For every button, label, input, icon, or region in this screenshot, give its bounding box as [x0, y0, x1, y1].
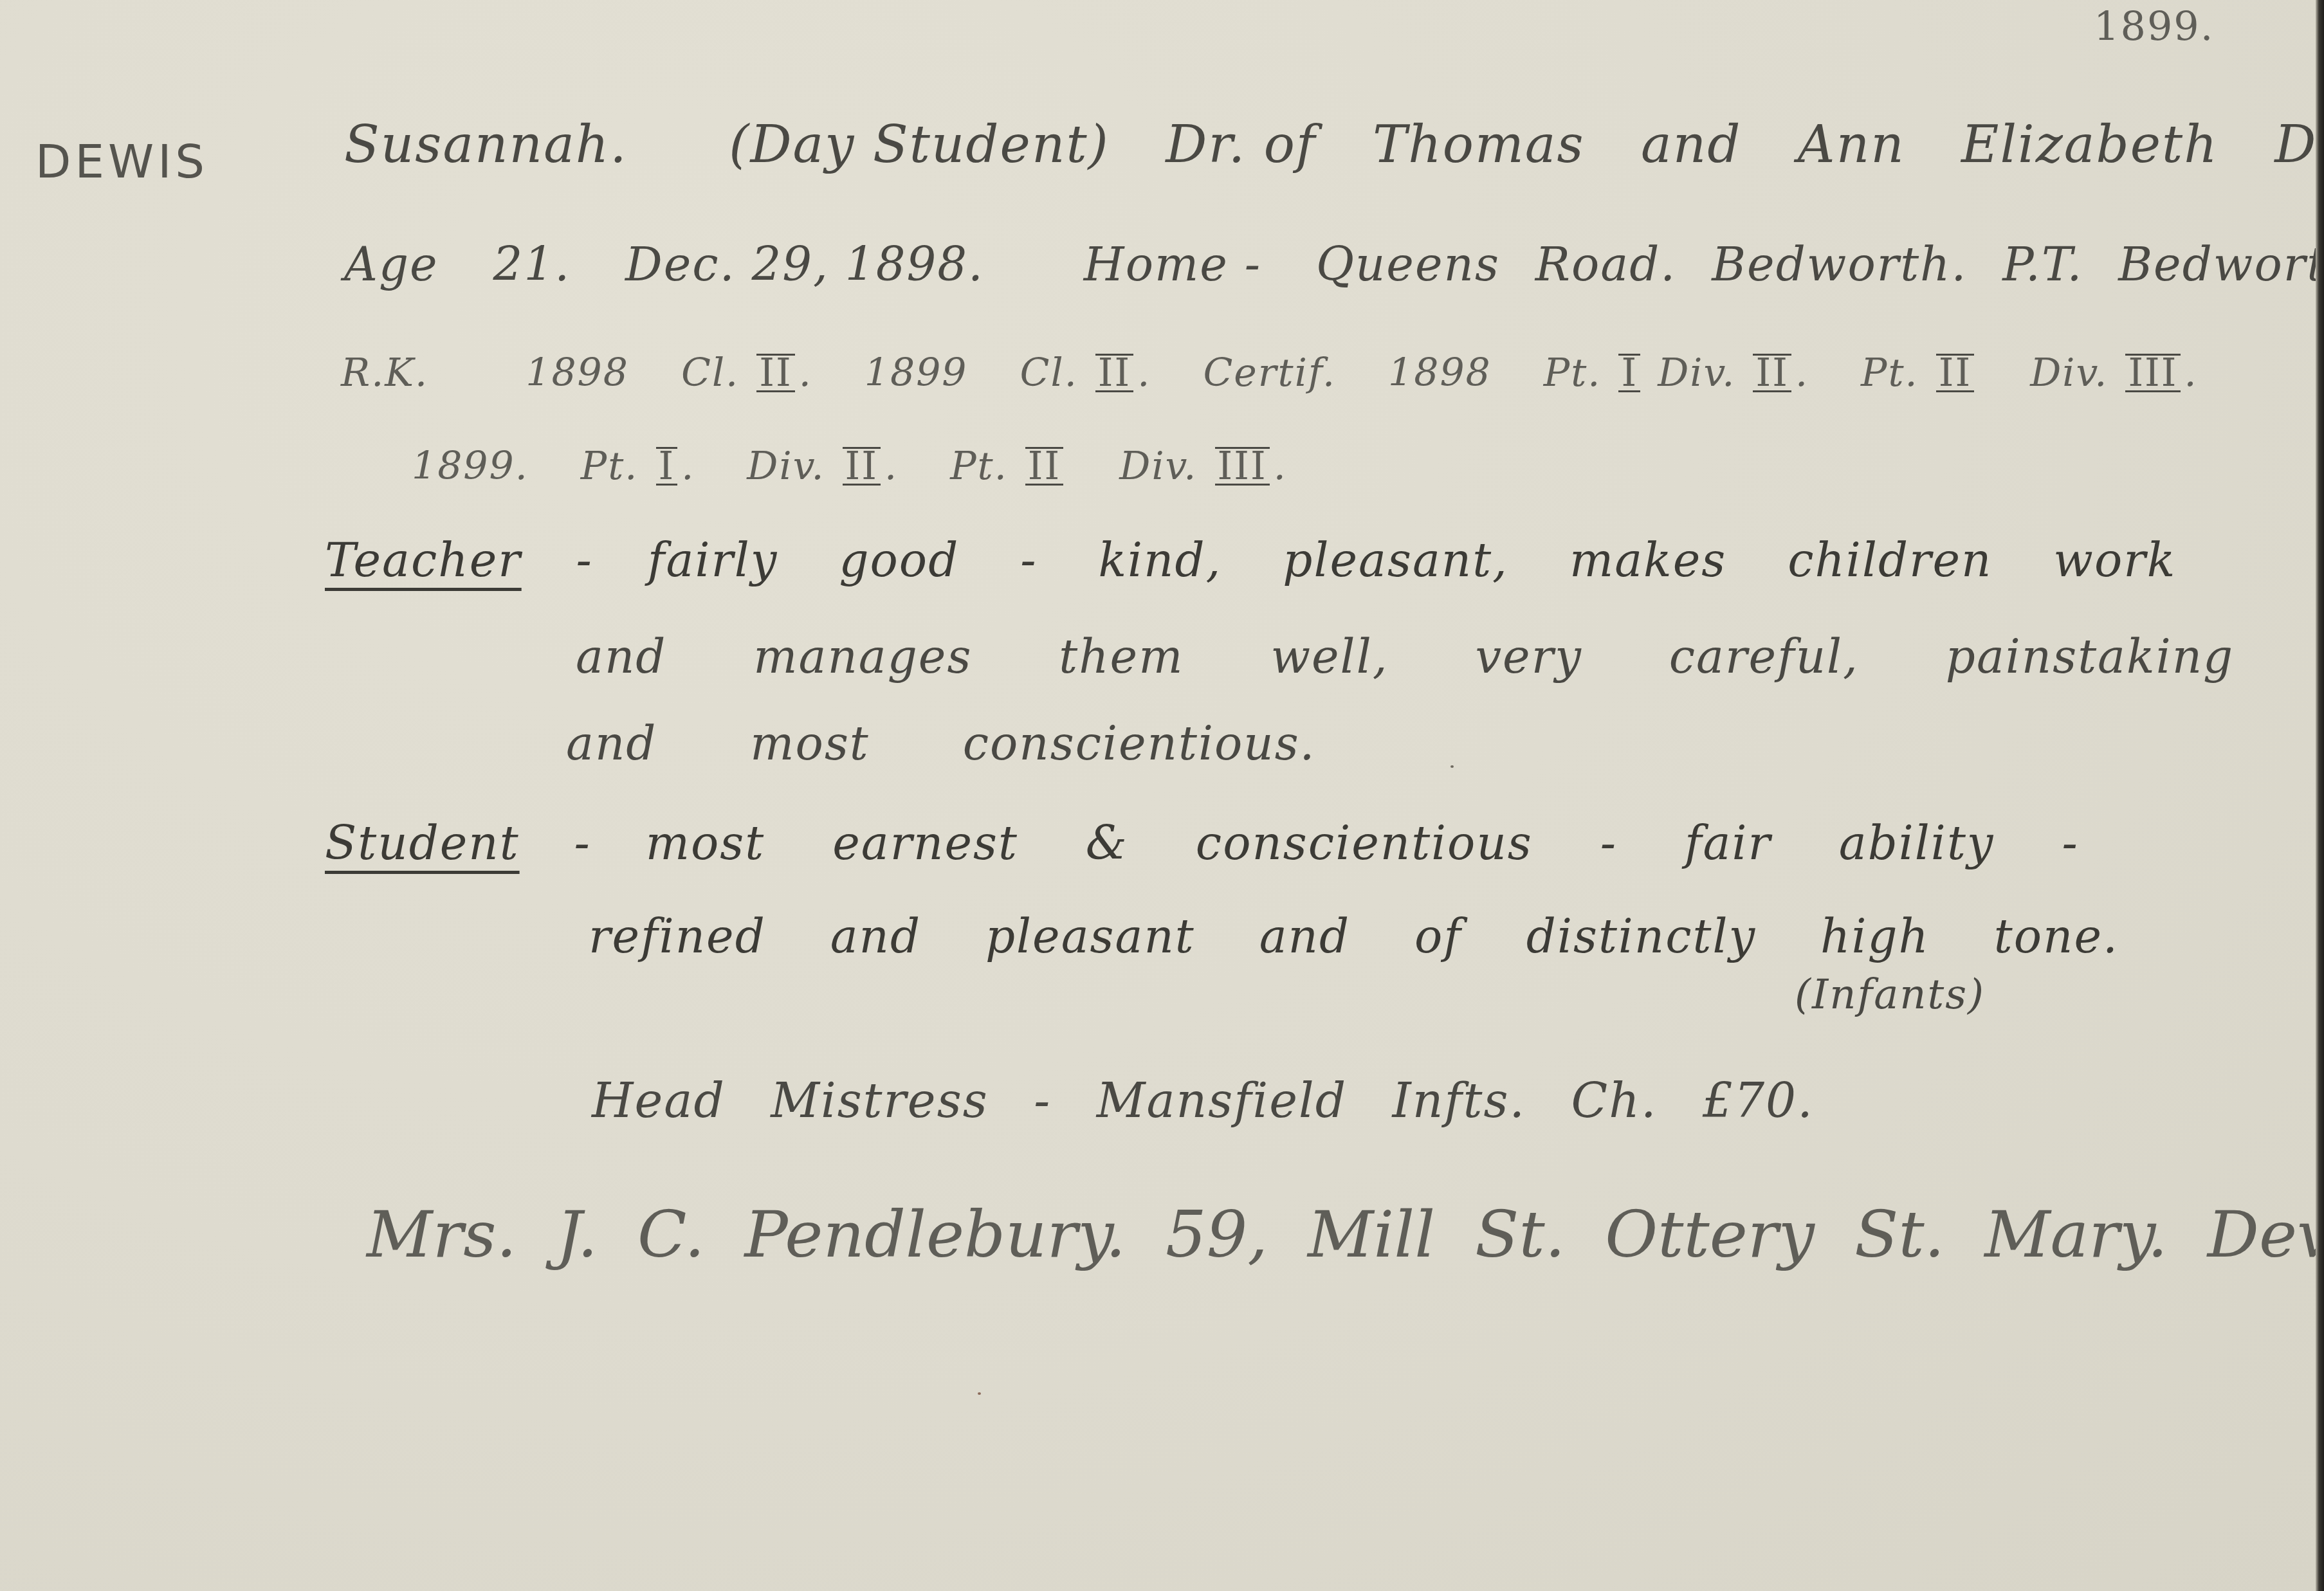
- certif-year: 1898: [1388, 350, 1492, 395]
- teacher-assessment: Teacher - fairly good - kind, pleasant, …: [325, 537, 2176, 583]
- teacher-label: Teacher: [325, 533, 522, 587]
- certif-1899-year: 1899.: [412, 444, 529, 489]
- rk-1898-class-num: II: [756, 354, 794, 392]
- certif-pt1-num: I: [1618, 354, 1640, 392]
- age-value: 21.: [493, 237, 571, 291]
- rk-1899-year: 1899: [865, 350, 968, 395]
- age-label: Age: [344, 237, 439, 291]
- rk-1898-year: 1898: [526, 350, 629, 395]
- certif-1899-pt1-label: Pt.: [581, 444, 639, 489]
- entry-line-age-home: Age 21. Dec. 29, 1898. Home - Queens Roa…: [344, 241, 2324, 287]
- certif-1899-pt1-div-label: Div.: [747, 444, 825, 489]
- student-assessment: Student - most earnest & conscientious -…: [325, 820, 2079, 866]
- parents-names: Thomas and Ann Elizabeth Dewis: [1373, 114, 2324, 174]
- student-remark-line2: refined and pleasant and of distinctly h…: [589, 913, 2119, 959]
- certif-1899-pt2-div-num: III: [1215, 447, 1270, 486]
- appointment: Head Mistress - Mansfield Infts. Ch. £70…: [592, 1077, 1814, 1125]
- certif-1899-pt2-div-label: Div.: [1119, 444, 1197, 489]
- certif-1899-pt2-num: II: [1025, 447, 1063, 486]
- entry-line-name: Susannah. (Day Student) Dr. of Thomas an…: [344, 119, 2324, 170]
- student-label: Student: [325, 816, 520, 870]
- certif-1899-pt2-label: Pt.: [950, 444, 1008, 489]
- certif-1899-pt1-num: I: [656, 447, 678, 486]
- student-remark-line1: most earnest & conscientious - fair abil…: [646, 816, 2079, 870]
- paper-speck: [1450, 765, 1454, 768]
- home-address: Queens Road. Bedworth. P.T. Bedworth: [1316, 237, 2324, 291]
- teacher-remark-line2: and manages them well, very careful, pai…: [576, 633, 2234, 680]
- student-dash: -: [574, 816, 591, 870]
- teacher-remark-line3: and most conscientious.: [566, 720, 1316, 767]
- certif-pt1-div-label: Div.: [1658, 350, 1735, 395]
- rk-1898-class-label: Cl.: [681, 350, 739, 395]
- surname: Dewis: [35, 138, 208, 185]
- rk-label: R.K.: [341, 350, 428, 395]
- certif-pt2-div-label: Div.: [2030, 350, 2108, 395]
- entry-line-rk-certif: R.K. 1898 Cl. II. 1899 Cl. II. Certif. 1…: [341, 354, 2198, 392]
- student-status: (Day Student): [729, 114, 1110, 174]
- page-edge: [2316, 0, 2324, 1591]
- rk-1899-class-num: II: [1095, 354, 1133, 392]
- teacher-dash: -: [576, 533, 593, 587]
- home-label: Home -: [1084, 237, 1261, 291]
- teacher-remark-line1: fairly good - kind, pleasant, makes chil…: [648, 533, 2177, 587]
- entry-line-certif-1899: 1899. Pt. I. Div. II. Pt. II Div. III.: [412, 447, 1287, 486]
- later-address: Mrs. J. C. Pendlebury. 59, Mill St. Otte…: [367, 1203, 2324, 1267]
- page-year: 1899.: [2094, 6, 2215, 46]
- rk-1899-class-label: Cl.: [1020, 350, 1078, 395]
- certif-pt1-label: Pt.: [1544, 350, 1602, 395]
- first-name: Susannah.: [344, 114, 628, 174]
- certif-1899-pt1-div-num: II: [843, 447, 881, 486]
- certif-pt2-num: II: [1936, 354, 1974, 392]
- entry-date: Dec. 29, 1898.: [625, 237, 984, 291]
- certif-label: Certif.: [1203, 350, 1336, 395]
- certif-pt1-div-num: II: [1753, 354, 1791, 392]
- register-page: 1899. Dewis Susannah. (Day Student) Dr. …: [0, 0, 2316, 1591]
- paper-speck: [978, 1392, 981, 1395]
- certif-pt2-div-num: III: [2125, 354, 2180, 392]
- relation: Dr. of: [1166, 114, 1316, 174]
- student-infants-note: (Infants): [1795, 974, 1985, 1015]
- certif-pt2-label: Pt.: [1861, 350, 1919, 395]
